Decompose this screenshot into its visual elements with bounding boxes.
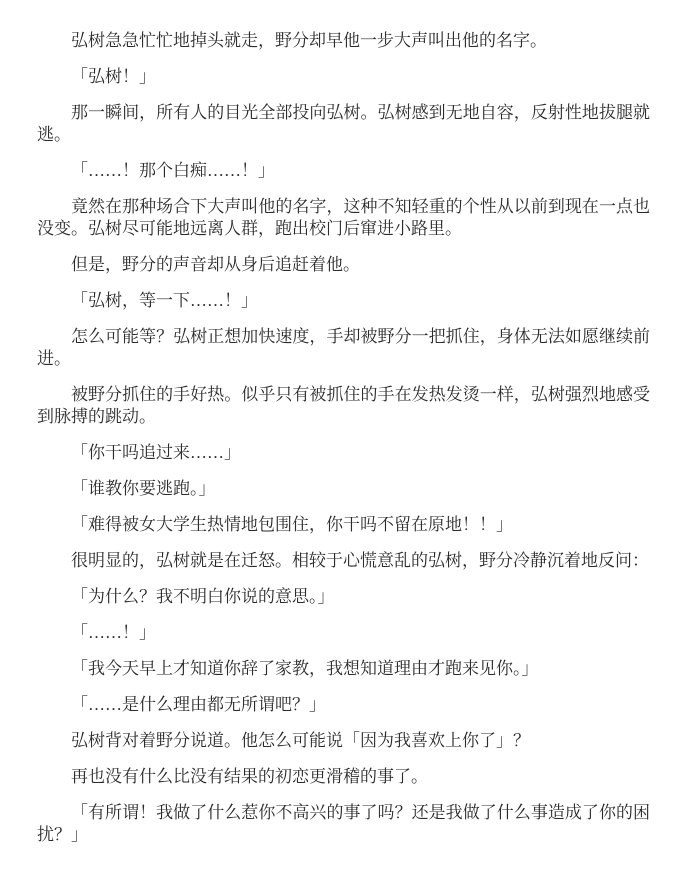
paragraph: 再也没有什么比没有结果的初恋更滑稽的事了。 [37,766,650,788]
paragraph: 竟然在那种场合下大声叫他的名字，这种不知轻重的个性从以前到现在一点也没变。弘树尽… [37,196,650,240]
paragraph: 「难得被女大学生热情地包围住，你干吗不留在原地！！」 [37,514,650,536]
paragraph: 「弘树，等一下……！」 [37,290,650,312]
paragraph: 很明显的，弘树就是在迁怒。相较于心慌意乱的弘树，野分冷静沉着地反问： [37,550,650,572]
paragraph: 「我今天早上才知道你辞了家教，我想知道理由才跑来见你。」 [37,658,650,680]
paragraph: 「……！那个白痴……！」 [37,160,650,182]
novel-page: 弘树急急忙忙地掉头就走，野分却早他一步大声叫出他的名字。 「弘树！」 那一瞬间，… [0,0,680,880]
paragraph: 被野分抓住的手好热。似乎只有被抓住的手在发热发烫一样，弘树强烈地感受到脉搏的跳动… [37,384,650,428]
paragraph: 「为什么？我不明白你说的意思。」 [37,586,650,608]
paragraph: 怎么可能等？弘树正想加快速度，手却被野分一把抓住，身体无法如愿继续前进。 [37,326,650,370]
paragraph: 那一瞬间，所有人的目光全部投向弘树。弘树感到无地自容，反射性地拔腿就逃。 [37,102,650,146]
paragraph: 但是，野分的声音却从身后追赶着他。 [37,254,650,276]
paragraph: 「……！」 [37,622,650,644]
paragraph: 「弘树！」 [37,66,650,88]
paragraph: 「……是什么理由都无所谓吧？」 [37,694,650,716]
paragraph: 弘树背对着野分说道。他怎么可能说「因为我喜欢上你了」？ [37,730,650,752]
paragraph: 弘树急急忙忙地掉头就走，野分却早他一步大声叫出他的名字。 [37,30,650,52]
paragraph: 「你干吗追过来……」 [37,442,650,464]
paragraph: 「谁教你要逃跑。」 [37,478,650,500]
paragraph: 「有所谓！我做了什么惹你不高兴的事了吗？还是我做了什么事造成了你的困扰？」 [37,802,650,846]
